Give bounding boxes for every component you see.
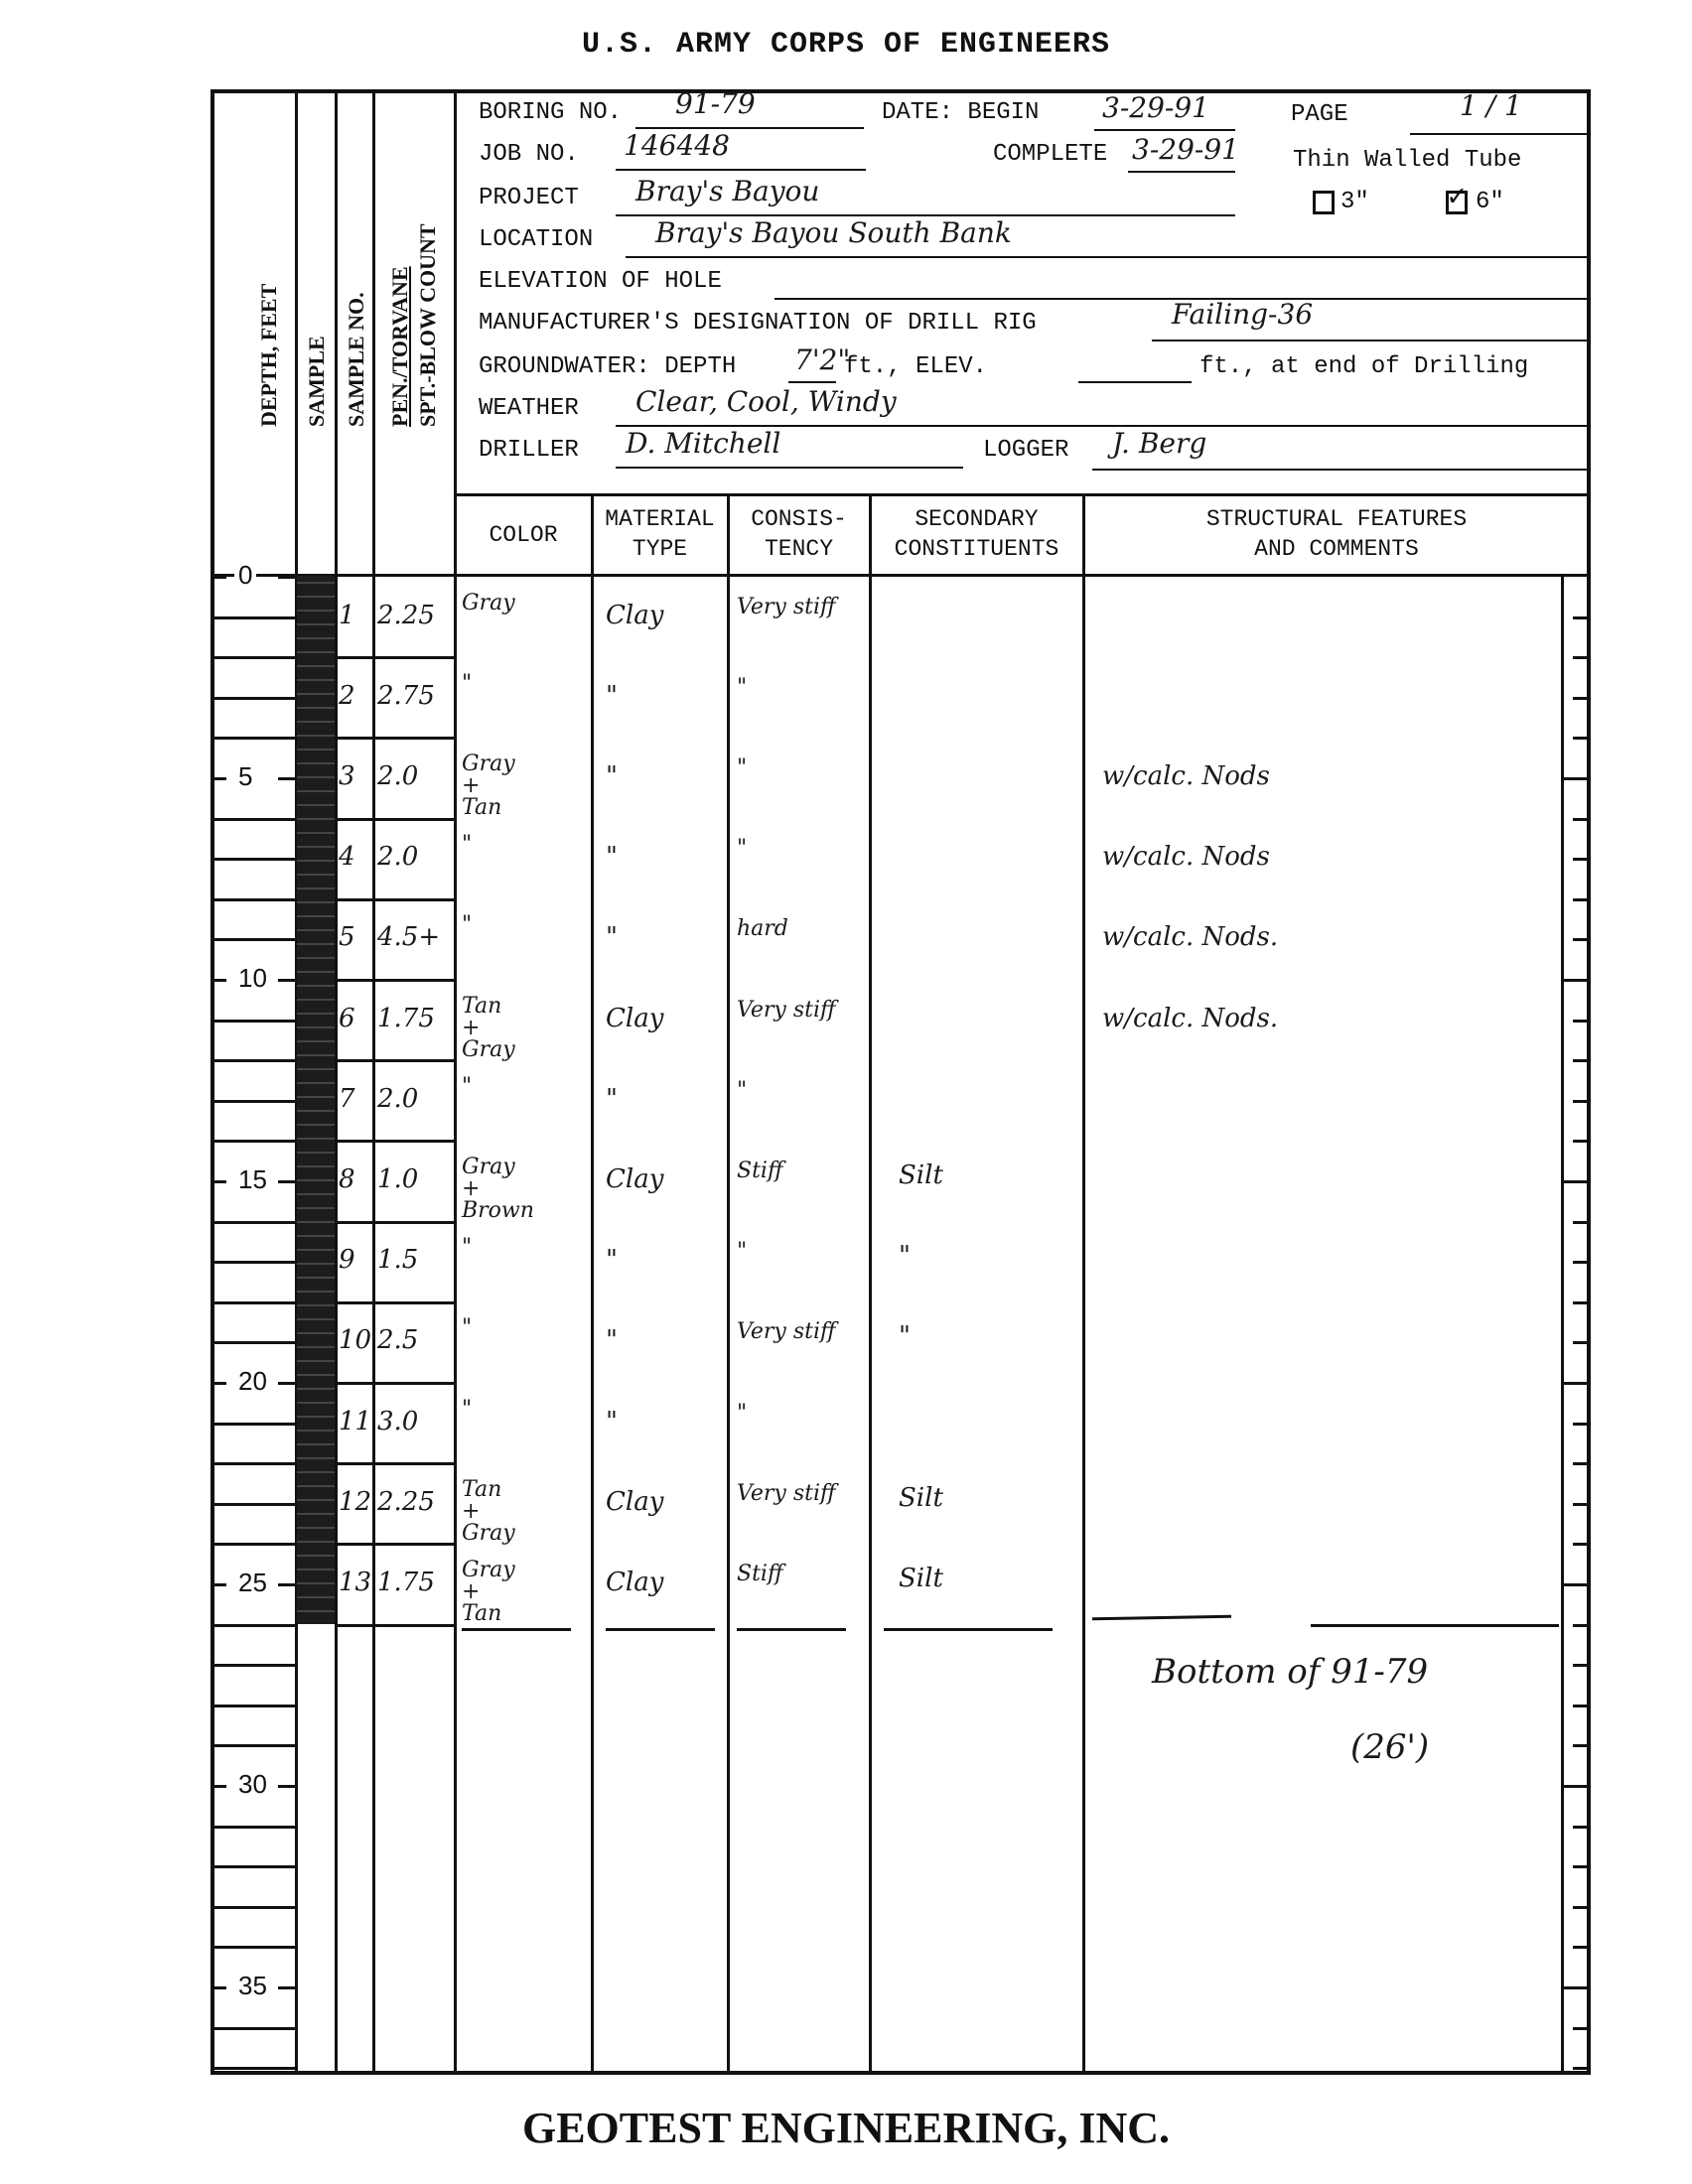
sample-no: 7 (339, 1086, 355, 1112)
secondary-value: Silt (899, 1162, 943, 1188)
depth-minor-tick (212, 656, 295, 659)
pen-value: 2.5 (377, 1327, 418, 1353)
checkmark-icon: ✓ (1448, 187, 1466, 210)
depth-major-tick (212, 1583, 226, 1586)
pen-value: 1.0 (377, 1166, 418, 1192)
depth-major-tick (212, 777, 226, 780)
col-color: COLOR (456, 520, 591, 550)
ruler-major-tick (1561, 1785, 1589, 1788)
pen-value: 1.5 (377, 1247, 418, 1273)
ruler-minor-tick (1573, 1906, 1589, 1909)
comment-value: w/calc. Nods. (1102, 924, 1278, 950)
consistency-value: " (737, 838, 866, 860)
sample-no: 2 (339, 683, 355, 709)
col-material-label-2: TYPE (633, 536, 687, 562)
depth-minor-tick (212, 737, 295, 740)
pen-value: 2.75 (377, 683, 435, 709)
sample-no: 11 (339, 1409, 371, 1434)
depth-minor-tick (212, 1301, 295, 1304)
consistency-value: " (737, 1241, 866, 1263)
pen-value: 3.0 (377, 1409, 418, 1434)
boring-no-value: 91-79 (675, 87, 756, 120)
sample-no: 5 (339, 924, 355, 950)
depth-minor-tick (212, 1261, 295, 1264)
spt-blow-header: SPT.-BLOW COUNT (415, 223, 441, 427)
sample-no: 8 (339, 1166, 355, 1192)
groundwater-depth-value: 7'2" (794, 343, 850, 376)
material-value: Clay (606, 1489, 663, 1515)
ruler-minor-tick (1573, 858, 1589, 861)
ruler-minor-tick (1573, 1100, 1589, 1103)
ruler-minor-tick (1573, 1705, 1589, 1707)
material-value: Clay (606, 1006, 663, 1031)
col-material-label-1: MATERIAL (605, 506, 714, 532)
fill-line (1078, 381, 1192, 383)
company-footer: GEOTEST ENGINEERING, INC. (0, 2103, 1692, 2153)
ruler-minor-tick (1573, 1865, 1589, 1868)
depth-minor-tick (212, 1664, 295, 1667)
depth-minor-tick (212, 616, 295, 619)
pen-value: 2.25 (377, 1489, 435, 1515)
weather-value: Clear, Cool, Windy (635, 385, 897, 418)
agency-title: U.S. ARMY CORPS OF ENGINEERS (0, 28, 1692, 62)
divider (454, 91, 457, 2073)
location-label: LOCATION (479, 226, 593, 253)
ruler-minor-tick (1573, 2067, 1589, 2070)
job-no-label: JOB NO. (479, 141, 579, 168)
sampled-interval-bar (297, 576, 335, 1624)
ruler-minor-tick (1573, 1462, 1589, 1465)
sample-no: 3 (339, 763, 355, 789)
boring-no-label: BORING NO. (479, 99, 622, 126)
col-consistency-label-1: CONSIS- (751, 506, 847, 532)
depth-header: DEPTH, FEET (256, 284, 282, 427)
tube-6in-label: 6" (1476, 189, 1504, 215)
col-consistency: CONSIS-TENCY (729, 504, 869, 564)
fill-line (616, 169, 866, 171)
sample-boundary-line (335, 1059, 454, 1062)
col-secondary-label-1: SECONDARY (915, 506, 1038, 532)
ruler-major-tick (1561, 1583, 1589, 1586)
logger-label: LOGGER (983, 437, 1068, 464)
depth-major-tick (212, 1986, 226, 1989)
material-value: " (606, 1409, 618, 1434)
end-underline (606, 1628, 715, 1631)
depth-major-tick (278, 576, 295, 579)
depth-minor-tick (212, 2067, 295, 2070)
sample-boundary-line (335, 1140, 454, 1143)
sample-no: 9 (339, 1247, 355, 1273)
depth-minor-tick (212, 697, 295, 700)
groundwater-label: GROUNDWATER: DEPTH (479, 353, 736, 380)
comment-value: w/calc. Nods. (1102, 1006, 1278, 1031)
ruler-minor-tick (1573, 2027, 1589, 2030)
depth-label: 5 (234, 761, 256, 792)
depth-minor-tick (212, 1503, 295, 1506)
color-value: Gray (462, 593, 587, 614)
ruler-minor-tick (1573, 1624, 1589, 1627)
material-value: Clay (606, 1166, 663, 1192)
driller-value: D. Mitchell (626, 427, 780, 460)
sample-boundary-line (335, 979, 454, 982)
secondary-value: " (899, 1243, 911, 1269)
material-value: Clay (606, 603, 663, 628)
page-value: 1 / 1 (1460, 89, 1522, 122)
ruler-minor-tick (1573, 1140, 1589, 1143)
drill-rig-value: Failing-36 (1172, 298, 1313, 331)
ruler-major-tick (1561, 777, 1589, 780)
sample-boundary-line (335, 1624, 454, 1627)
pen-torvane-header: PEN./TORVANE (387, 266, 413, 427)
sample-no: 1 (339, 603, 355, 628)
ruler-minor-tick (1573, 616, 1589, 619)
ruler-minor-tick (1573, 818, 1589, 821)
sample-boundary-line (335, 737, 454, 740)
ruler-edge (1561, 576, 1564, 2073)
logger-value: J. Berg (1112, 427, 1206, 460)
depth-minor-tick (212, 1744, 295, 1747)
pen-value: 4.5+ (377, 924, 440, 950)
consistency-value: Very stiff (737, 1483, 866, 1505)
divider (1082, 493, 1085, 2073)
pen-value: 2.0 (377, 763, 418, 789)
depth-major-tick (278, 777, 295, 780)
ruler-minor-tick (1573, 1301, 1589, 1304)
divider (727, 493, 730, 2073)
depth-label: 25 (234, 1568, 271, 1598)
depth-minor-tick (212, 1059, 295, 1062)
depth-minor-tick (212, 938, 295, 941)
consistency-value: Very stiff (737, 597, 866, 618)
ruler-minor-tick (1573, 1341, 1589, 1344)
depth-minor-tick (212, 1140, 295, 1143)
depth-minor-tick (212, 1100, 295, 1103)
sample-no: 4 (339, 844, 355, 870)
color-value: Gray + Tan (462, 1560, 587, 1625)
divider (591, 493, 594, 2073)
color-value: Tan + Gray (462, 1479, 587, 1545)
ruler-minor-tick (1573, 1503, 1589, 1506)
ruler-minor-tick (1573, 1059, 1589, 1062)
depth-minor-tick (212, 1221, 295, 1224)
col-material: MATERIALTYPE (593, 504, 727, 564)
secondary-value: " (899, 1323, 911, 1349)
sample-boundary-line (335, 1462, 454, 1465)
material-value: " (606, 683, 618, 709)
depth-major-tick (278, 1986, 295, 1989)
ruler-minor-tick (1573, 737, 1589, 740)
consistency-value: Very stiff (737, 1321, 866, 1343)
depth-minor-tick (212, 858, 295, 861)
color-value: " (462, 673, 587, 695)
color-value: Gray + Brown (462, 1157, 587, 1222)
depth-major-tick (278, 1180, 295, 1183)
pen-value: 2.0 (377, 844, 418, 870)
bottom-note-line1: Bottom of 91-79 (1152, 1652, 1428, 1692)
depth-minor-tick (212, 1906, 295, 1909)
job-no-value: 146448 (624, 129, 730, 162)
date-begin-label: DATE: BEGIN (882, 99, 1039, 126)
pen-value: 1.75 (377, 1006, 435, 1031)
sample-boundary-line (335, 818, 454, 821)
consistency-value: hard (737, 918, 866, 940)
depth-major-tick (278, 1583, 295, 1586)
material-value: " (606, 1086, 618, 1112)
sample-no-header: SAMPLE NO. (344, 292, 369, 427)
comment-value: w/calc. Nods (1102, 763, 1270, 789)
ruler-minor-tick (1573, 938, 1589, 941)
color-value: " (462, 1076, 587, 1098)
col-structural-label-1: STRUCTURAL FEATURES (1206, 506, 1467, 532)
consistency-value: Stiff (737, 1564, 866, 1585)
sample-no: 12 (339, 1489, 371, 1515)
material-value: " (606, 844, 618, 870)
depth-minor-tick (212, 818, 295, 821)
sample-no: 6 (339, 1006, 355, 1031)
project-value: Bray's Bayou (635, 175, 819, 207)
color-value: " (462, 834, 587, 856)
color-value: " (462, 1237, 587, 1259)
ruler-minor-tick (1573, 1221, 1589, 1224)
depth-label: 20 (234, 1366, 271, 1397)
depth-minor-tick (212, 2027, 295, 2030)
project-label: PROJECT (479, 185, 579, 211)
color-value: Gray + Tan (462, 753, 587, 819)
depth-label: 30 (234, 1769, 271, 1800)
elevation-label: ELEVATION OF HOLE (479, 268, 722, 295)
col-structural: STRUCTURAL FEATURESAND COMMENTS (1084, 504, 1589, 564)
depth-minor-tick (212, 1543, 295, 1546)
ruler-minor-tick (1573, 1946, 1589, 1949)
color-value: " (462, 914, 587, 936)
weather-label: WEATHER (479, 395, 579, 422)
depth-minor-tick (212, 1826, 295, 1829)
ruler-minor-tick (1573, 1020, 1589, 1023)
col-secondary: SECONDARYCONSTITUENTS (871, 504, 1082, 564)
end-underline (884, 1628, 1053, 1631)
sample-boundary-line (335, 898, 454, 901)
end-underline (737, 1628, 846, 1631)
material-value: Clay (606, 1570, 663, 1595)
sample-boundary-line (335, 656, 454, 659)
depth-minor-tick (212, 1020, 295, 1023)
tube-label: Thin Walled Tube (1293, 147, 1521, 174)
tube-3in-label: 3" (1340, 189, 1369, 215)
fill-line (788, 381, 836, 383)
depth-minor-tick (212, 1462, 295, 1465)
sample-boundary-line (335, 1382, 454, 1385)
ruler-minor-tick (1573, 1543, 1589, 1546)
color-value: " (462, 1317, 587, 1339)
material-value: " (606, 1247, 618, 1273)
ft-elev-label: ft., ELEV. (844, 353, 987, 380)
fill-line (1092, 469, 1589, 471)
depth-major-tick (212, 1382, 226, 1385)
comment-value: w/calc. Nods (1102, 844, 1270, 870)
depth-minor-tick (212, 1423, 295, 1426)
secondary-value: Silt (899, 1485, 943, 1511)
bottom-note-line2: (26') (1350, 1727, 1429, 1767)
driller-label: DRILLER (479, 437, 579, 464)
location-value: Bray's Bayou South Bank (655, 216, 1012, 249)
depth-major-tick (278, 1785, 295, 1788)
pen-value: 2.0 (377, 1086, 418, 1112)
col-color-label: COLOR (489, 522, 557, 548)
depth-minor-tick (212, 1624, 295, 1627)
ruler-minor-tick (1573, 1423, 1589, 1426)
ruler-major-tick (1561, 1986, 1589, 1989)
fill-line (1410, 133, 1589, 135)
sample-boundary-line (335, 1221, 454, 1224)
depth-label: 15 (234, 1164, 271, 1195)
sample-boundary-line (335, 1543, 454, 1546)
col-structural-label-2: AND COMMENTS (1254, 536, 1419, 562)
secondary-value: Silt (899, 1566, 943, 1591)
ruler-major-tick (1561, 979, 1589, 982)
date-complete-label: COMPLETE (993, 141, 1107, 168)
drill-rig-label: MANUFACTURER'S DESIGNATION OF DRILL RIG (479, 310, 1037, 337)
depth-minor-tick (212, 1341, 295, 1344)
consistency-value: " (737, 757, 866, 779)
divider (454, 493, 1589, 496)
pen-value: 2.25 (377, 603, 435, 628)
depth-major-tick (212, 1180, 226, 1183)
fill-line (626, 256, 1589, 258)
material-value: " (606, 1327, 618, 1353)
date-begin-value: 3-29-91 (1102, 91, 1209, 124)
fill-line (616, 467, 963, 469)
consistency-value: Stiff (737, 1160, 866, 1182)
ruler-minor-tick (1573, 1261, 1589, 1264)
date-complete-value: 3-29-91 (1132, 133, 1239, 166)
ruler-minor-tick (1573, 656, 1589, 659)
page-label: PAGE (1291, 101, 1348, 128)
fill-line (1094, 129, 1235, 131)
depth-major-tick (212, 1785, 226, 1788)
depth-major-tick (278, 1382, 295, 1385)
depth-label: 35 (234, 1971, 271, 2001)
col-consistency-label-2: TENCY (765, 536, 833, 562)
ruler-major-tick (1561, 1382, 1589, 1385)
fill-line (1128, 171, 1235, 173)
material-value: " (606, 763, 618, 789)
color-value: Tan + Gray (462, 996, 587, 1061)
end-of-boring-line (1311, 1624, 1559, 1627)
consistency-value: Very stiff (737, 1000, 866, 1022)
ruler-minor-tick (1573, 1664, 1589, 1667)
tube-3in-checkbox[interactable] (1313, 191, 1335, 214)
material-value: " (606, 924, 618, 950)
fill-line (1152, 340, 1589, 341)
divider (869, 493, 872, 2073)
depth-label: 0 (234, 560, 256, 591)
depth-minor-tick (212, 1865, 295, 1868)
sample-no: 10 (339, 1327, 371, 1353)
depth-label: 10 (234, 963, 271, 994)
sample-boundary-line (335, 1301, 454, 1304)
depth-major-tick (212, 576, 226, 579)
ruler-minor-tick (1573, 1744, 1589, 1747)
end-underline (462, 1628, 571, 1631)
depth-minor-tick (212, 1946, 295, 1949)
consistency-value: " (737, 1403, 866, 1425)
color-value: " (462, 1399, 587, 1421)
ruler-minor-tick (1573, 898, 1589, 901)
ft-end-label: ft., at end of Drilling (1199, 353, 1528, 380)
sample-no: 13 (339, 1570, 371, 1595)
depth-major-tick (212, 979, 226, 982)
divider (372, 91, 375, 2073)
ruler-minor-tick (1573, 1826, 1589, 1829)
depth-major-tick (278, 979, 295, 982)
col-secondary-label-2: CONSTITUENTS (895, 536, 1059, 562)
depth-minor-tick (212, 1705, 295, 1707)
divider (335, 91, 338, 2073)
pen-value: 1.75 (377, 1570, 435, 1595)
divider (211, 574, 1591, 577)
ruler-major-tick (1561, 1180, 1589, 1183)
sample-header: SAMPLE (304, 336, 330, 427)
ruler-minor-tick (1573, 697, 1589, 700)
depth-minor-tick (212, 898, 295, 901)
consistency-value: " (737, 677, 866, 699)
consistency-value: " (737, 1080, 866, 1102)
